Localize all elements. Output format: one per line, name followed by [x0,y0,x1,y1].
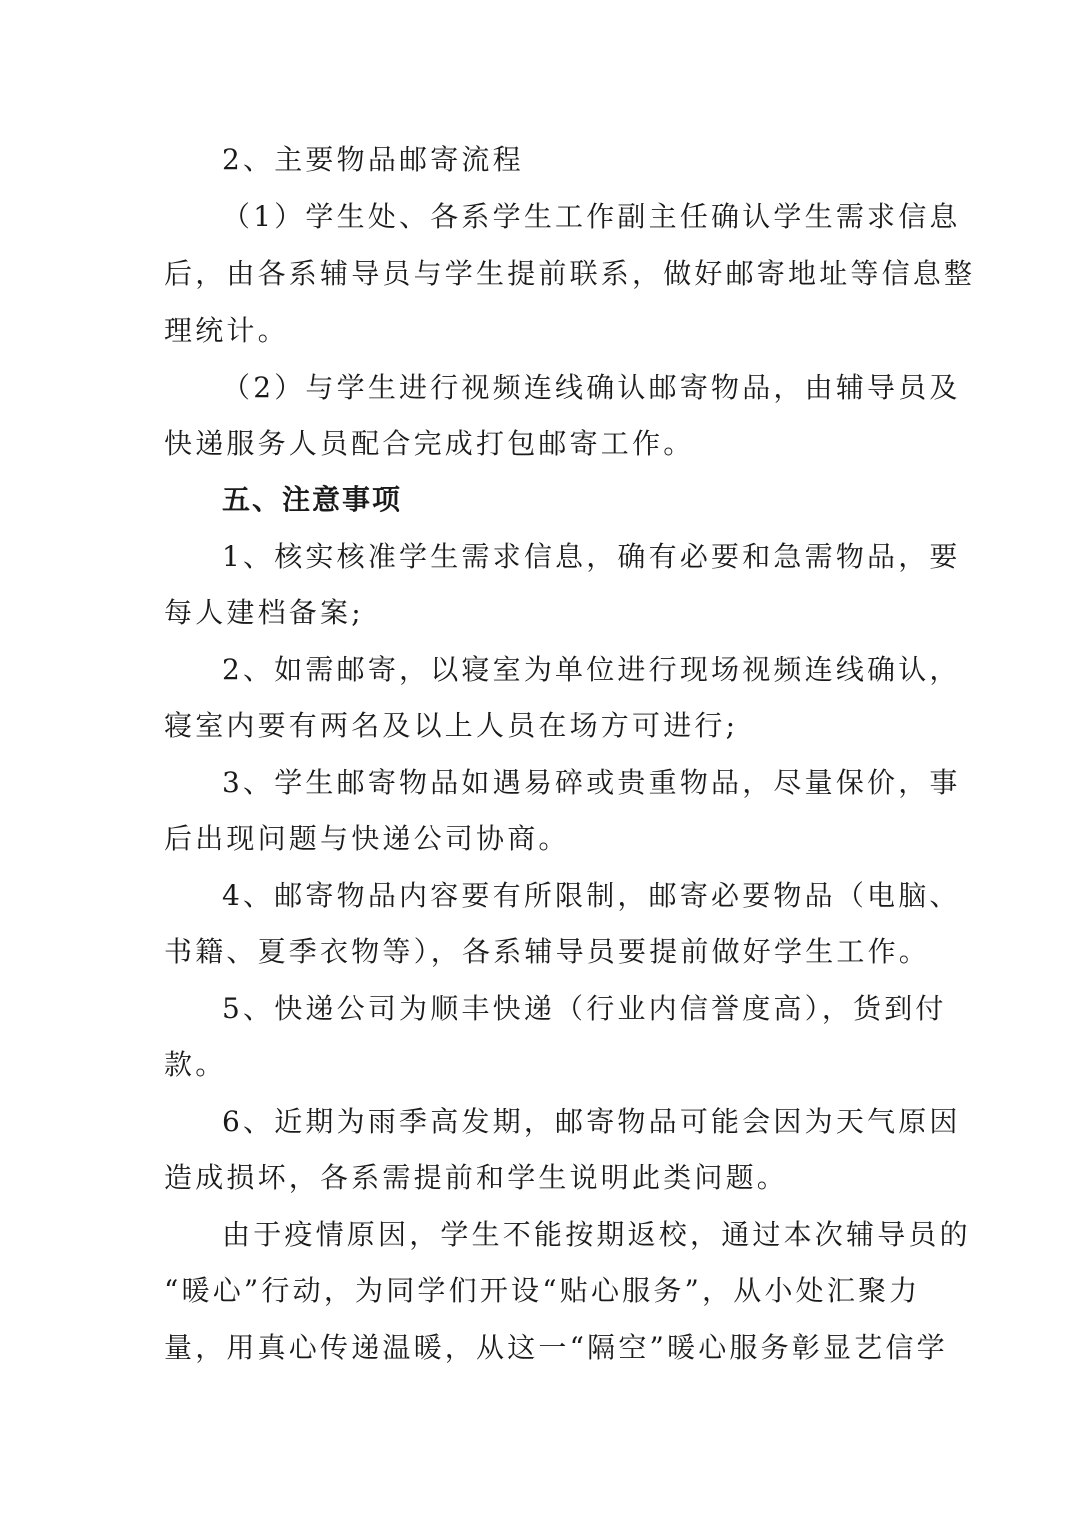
paragraph-line: 5、快递公司为顺丰快递（行业内信誉度高），货到付 [222,989,982,1029]
paragraph-line: 后出现问题与快递公司协商。 [164,819,924,859]
paragraph-line: 量，用真心传递温暖，从这一“隔空”暖心服务彰显艺信学 [164,1328,924,1368]
paragraph-line: 2、如需邮寄，以寝室为单位进行现场视频连线确认， [222,650,982,690]
paragraph-line: 6、近期为雨季高发期，邮寄物品可能会因为天气原因 [222,1102,982,1142]
paragraph-line: 1、核实核准学生需求信息，确有必要和急需物品，要 [222,537,982,577]
paragraph-line: 3、学生邮寄物品如遇易碎或贵重物品，尽量保价，事 [222,763,982,803]
paragraph-line: 4、邮寄物品内容要有所限制，邮寄必要物品（电脑、 [222,876,982,916]
paragraph-line: 由于疫情原因，学生不能按期返校，通过本次辅导员的 [222,1215,982,1255]
paragraph-line: （2）与学生进行视频连线确认邮寄物品，由辅导员及 [222,368,982,408]
document-page: 2、主要物品邮寄流程 （1）学生处、各系学生工作副主任确认学生需求信息 后，由各… [0,0,1080,1526]
paragraph-line: 款。 [164,1045,924,1085]
paragraph-line: 每人建档备案; [164,593,924,633]
subsection-title-mailing-process: 2、主要物品邮寄流程 [222,140,982,180]
paragraph-line: 书籍、夏季衣物等），各系辅导员要提前做好学生工作。 [164,932,924,972]
paragraph-line: 造成损坏，各系需提前和学生说明此类问题。 [164,1158,924,1198]
paragraph-line: 理统计。 [164,311,924,351]
paragraph-line: （1）学生处、各系学生工作副主任确认学生需求信息 [222,197,982,237]
section-heading-notes: 五、注意事项 [222,480,982,520]
paragraph-line: “暖心”行动，为同学们开设“贴心服务”，从小处汇聚力 [164,1271,924,1311]
paragraph-line: 寝室内要有两名及以上人员在场方可进行; [164,706,924,746]
paragraph-line: 后，由各系辅导员与学生提前联系，做好邮寄地址等信息整 [164,254,924,294]
paragraph-line: 快递服务人员配合完成打包邮寄工作。 [164,424,924,464]
